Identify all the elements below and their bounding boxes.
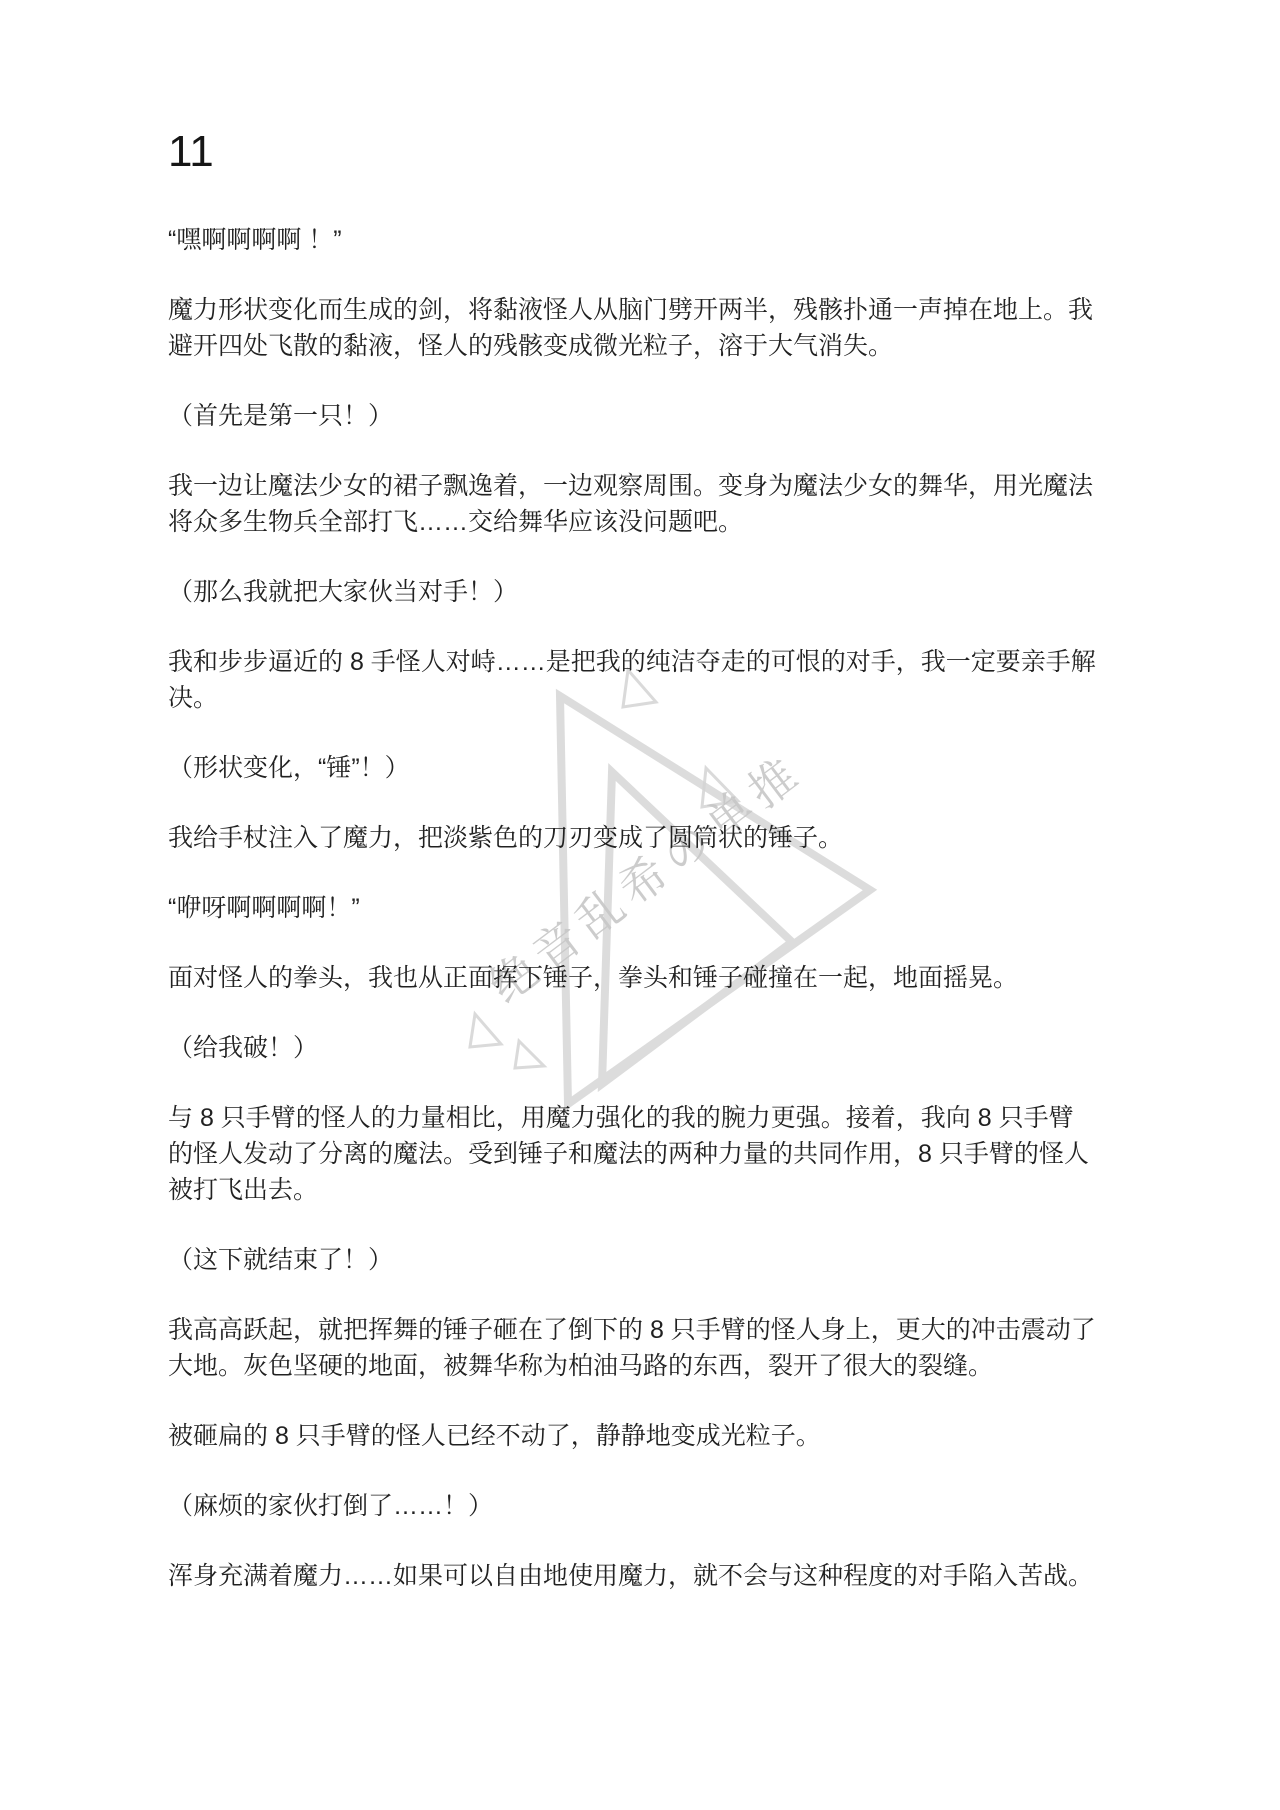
paragraph: 我和步步逼近的 8 手怪人对峙……是把我的纯洁夺走的可恨的对手，我一定要亲手解决… xyxy=(168,644,1098,716)
thought-line: （形状变化，“锤”！） xyxy=(168,750,1098,786)
thought-line: （这下就结束了！） xyxy=(168,1242,1098,1278)
dialogue-line: “咿呀啊啊啊啊！” xyxy=(168,890,1098,926)
thought-line: （给我破！） xyxy=(168,1030,1098,1066)
thought-line: （麻烦的家伙打倒了……！） xyxy=(168,1488,1098,1524)
chapter-number: 11 xyxy=(168,128,1098,176)
dialogue-line: “嘿啊啊啊啊 ！” xyxy=(168,222,1098,258)
paragraph: 浑身充满着魔力……如果可以自由地使用魔力，就不会与这种程度的对手陷入苦战。 xyxy=(168,1558,1098,1594)
chapter-content: 11 “嘿啊啊啊啊 ！” 魔力形状变化而生成的剑，将黏液怪人从脑门劈开两半，残骸… xyxy=(168,128,1098,1628)
paragraph: 被砸扁的 8 只手臂的怪人已经不动了，静静地变成光粒子。 xyxy=(168,1418,1098,1454)
document-page: 绝音乱希の单推 11 “嘿啊啊啊啊 ！” 魔力形状变化而生成的剑，将黏液怪人从脑… xyxy=(0,0,1280,1810)
paragraph: 面对怪人的拳头，我也从正面挥下锤子，拳头和锤子碰撞在一起，地面摇晃。 xyxy=(168,960,1098,996)
paragraph: 与 8 只手臂的怪人的力量相比，用魔力强化的我的腕力更强。接着，我向 8 只手臂… xyxy=(168,1100,1098,1208)
paragraph: 魔力形状变化而生成的剑，将黏液怪人从脑门劈开两半，残骸扑通一声掉在地上。我避开四… xyxy=(168,292,1098,364)
paragraph: 我高高跃起，就把挥舞的锤子砸在了倒下的 8 只手臂的怪人身上，更大的冲击震动了大… xyxy=(168,1312,1098,1384)
thought-line: （那么我就把大家伙当对手！） xyxy=(168,574,1098,610)
paragraph: 我一边让魔法少女的裙子飘逸着，一边观察周围。变身为魔法少女的舞华，用光魔法将众多… xyxy=(168,468,1098,540)
paragraph: 我给手杖注入了魔力，把淡紫色的刀刃变成了圆筒状的锤子。 xyxy=(168,820,1098,856)
thought-line: （首先是第一只！） xyxy=(168,398,1098,434)
